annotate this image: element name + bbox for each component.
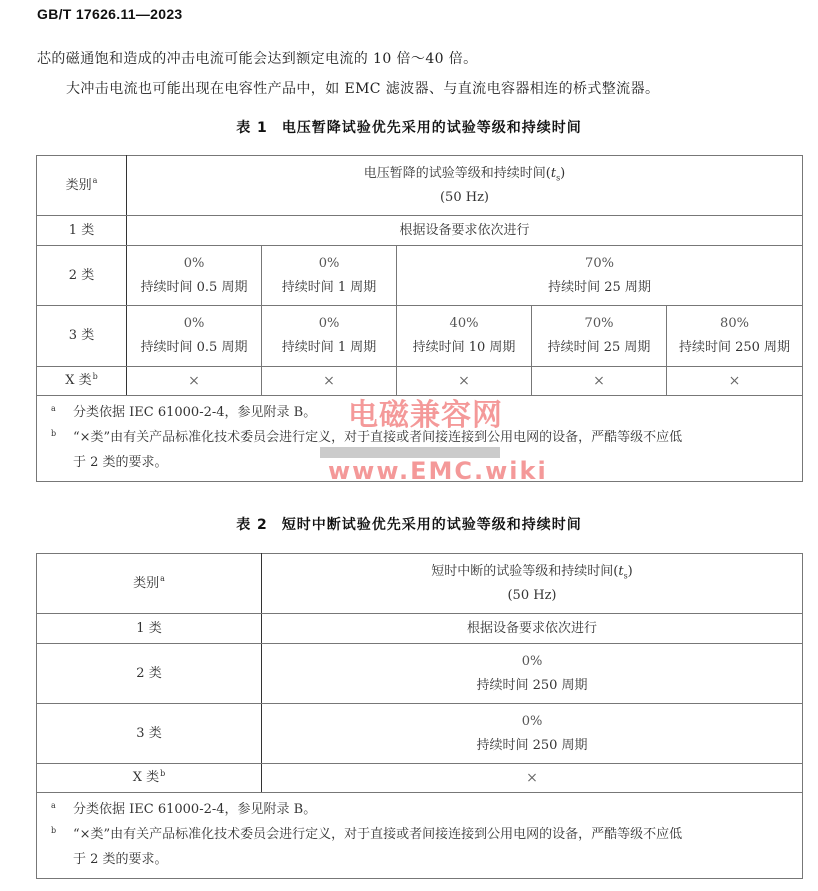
footnote-text: 分类依据 IEC 61000-2-4，参见附录 B。 [73, 405, 316, 420]
level-cell: 0%持续时间 0.5 周期 [127, 246, 262, 306]
table-row: 1 类 根据设备要求依次进行 [37, 614, 803, 644]
footnote-ref: b [93, 372, 98, 381]
footnote-mark: b [51, 421, 56, 446]
level-percent: 70% [532, 312, 666, 336]
level-percent: 0% [262, 252, 396, 276]
table-row: X 类b × × × × × [37, 367, 803, 396]
footnote-mark: b [51, 818, 56, 843]
level-duration: 持续时间 250 周期 [262, 674, 802, 698]
not-applicable-mark: × [397, 367, 532, 396]
table2-short-interruptions: 类别a 短时中断的试验等级和持续时间(ts) (50 Hz) 1 类 根据设备要… [36, 553, 803, 879]
standard-number: GB/T 17626.11—2023 [37, 6, 183, 22]
level-percent: 80% [667, 312, 802, 336]
level-duration: 持续时间 1 周期 [262, 276, 396, 300]
footnote-text: “×类”由有关产品标准化技术委员会进行定义，对于直接或者间接连接到公用电网的设备… [73, 827, 682, 842]
not-applicable-mark: × [262, 764, 803, 793]
row-category: X 类b [37, 764, 262, 793]
footnote-ref: a [160, 574, 165, 583]
level-cell: 0%持续时间 1 周期 [262, 306, 397, 367]
level-duration: 持续时间 10 周期 [397, 336, 531, 360]
footnote-a: a分类依据 IEC 61000-2-4，参见附录 B。 [73, 797, 792, 822]
header-frequency: (50 Hz) [127, 186, 802, 210]
header-category-label: 类别 [66, 178, 92, 193]
table2-header-levels: 短时中断的试验等级和持续时间(ts) (50 Hz) [262, 554, 803, 614]
body-paragraph-2: 大冲击电流也可能出现在电容性产品中，如 EMC 滤波器、与直流电容器相连的桥式整… [66, 78, 659, 98]
row-category: 2 类 [37, 246, 127, 306]
level-cell: 0%持续时间 250 周期 [262, 644, 803, 704]
level-cell: 0%持续时间 1 周期 [262, 246, 397, 306]
not-applicable-mark: × [262, 367, 397, 396]
level-percent: 0% [262, 650, 802, 674]
row-category: 1 类 [37, 614, 262, 644]
header-category-label: 类别 [133, 576, 159, 591]
level-percent: 0% [262, 710, 802, 734]
footnote-b: b“×类”由有关产品标准化技术委员会进行定义，对于直接或者间接连接到公用电网的设… [73, 822, 792, 847]
table1-header-row: 类别a 电压暂降的试验等级和持续时间(ts) (50 Hz) [37, 156, 803, 216]
table-row: 3 类 0%持续时间 0.5 周期 0%持续时间 1 周期 40%持续时间 10… [37, 306, 803, 367]
table1-caption: 表 1电压暂降试验优先采用的试验等级和持续时间 [0, 117, 818, 137]
level-percent: 0% [127, 312, 261, 336]
watermark-cn: 电磁兼容网 [348, 400, 503, 432]
row-category: 3 类 [37, 704, 262, 764]
body-paragraph-1: 芯的磁通饱和造成的冲击电流可能会达到额定电流的 10 倍～40 倍。 [37, 48, 478, 68]
header-title-line: 短时中断的试验等级和持续时间(ts) [262, 560, 802, 584]
level-cell: 40%持续时间 10 周期 [397, 306, 532, 367]
level-duration: 持续时间 1 周期 [262, 336, 396, 360]
header-title-end: ) [628, 564, 633, 579]
table2-caption-number: 表 2 [236, 517, 268, 533]
table2-header-category: 类别a [37, 554, 262, 614]
table-row: 2 类 0%持续时间 250 周期 [37, 644, 803, 704]
level-percent: 70% [397, 252, 802, 276]
row-category: 2 类 [37, 644, 262, 704]
level-cell: 0%持续时间 0.5 周期 [127, 306, 262, 367]
table2-notes-row: a分类依据 IEC 61000-2-4，参见附录 B。 b“×类”由有关产品标准… [37, 793, 803, 879]
row-value: 根据设备要求依次进行 [262, 614, 803, 644]
header-title-end: ) [560, 166, 565, 181]
level-duration: 持续时间 250 周期 [262, 734, 802, 758]
level-cell: 80%持续时间 250 周期 [667, 306, 803, 367]
table1-caption-title: 电压暂降试验优先采用的试验等级和持续时间 [282, 120, 582, 136]
level-percent: 0% [127, 252, 261, 276]
level-cell: 70%持续时间 25 周期 [397, 246, 803, 306]
level-percent: 40% [397, 312, 531, 336]
level-cell: 70%持续时间 25 周期 [532, 306, 667, 367]
table-row: 3 类 0%持续时间 250 周期 [37, 704, 803, 764]
level-duration: 持续时间 25 周期 [532, 336, 666, 360]
table1-caption-number: 表 1 [236, 120, 268, 136]
level-duration: 持续时间 25 周期 [397, 276, 802, 300]
table2-notes: a分类依据 IEC 61000-2-4，参见附录 B。 b“×类”由有关产品标准… [37, 793, 803, 879]
footnote-text: 分类依据 IEC 61000-2-4，参见附录 B。 [73, 802, 316, 817]
not-applicable-mark: × [532, 367, 667, 396]
row-category: 1 类 [37, 216, 127, 246]
table-row: 2 类 0%持续时间 0.5 周期 0%持续时间 1 周期 70%持续时间 25… [37, 246, 803, 306]
table-row: 1 类 根据设备要求依次进行 [37, 216, 803, 246]
table1-header-levels: 电压暂降的试验等级和持续时间(ts) (50 Hz) [127, 156, 803, 216]
footnote-mark: a [51, 793, 56, 818]
row-category: X 类b [37, 367, 127, 396]
watermark-url: www.EMC.wiki [328, 458, 548, 484]
table1-header-category: 类别a [37, 156, 127, 216]
row-value: 根据设备要求依次进行 [127, 216, 803, 246]
level-duration: 持续时间 250 周期 [667, 336, 802, 360]
category-label: X 类 [133, 770, 159, 785]
footnote-continuation: 于 2 类的要求。 [73, 847, 792, 872]
not-applicable-mark: × [127, 367, 262, 396]
footnote-mark: a [51, 396, 56, 421]
header-title: 电压暂降的试验等级和持续时间( [364, 166, 551, 181]
footnote-ref: a [93, 176, 98, 185]
level-percent: 0% [262, 312, 396, 336]
header-frequency: (50 Hz) [262, 584, 802, 608]
row-category: 3 类 [37, 306, 127, 367]
category-label: X 类 [65, 373, 91, 388]
level-duration: 持续时间 0.5 周期 [127, 276, 261, 300]
not-applicable-mark: × [667, 367, 803, 396]
level-duration: 持续时间 0.5 周期 [127, 336, 261, 360]
footnote-ref: b [160, 769, 165, 778]
table2-caption-title: 短时中断试验优先采用的试验等级和持续时间 [282, 517, 582, 533]
table-row: X 类b × [37, 764, 803, 793]
table2-caption: 表 2短时中断试验优先采用的试验等级和持续时间 [0, 514, 818, 534]
header-title-line: 电压暂降的试验等级和持续时间(ts) [127, 162, 802, 186]
header-title: 短时中断的试验等级和持续时间( [431, 564, 618, 579]
table2-header-row: 类别a 短时中断的试验等级和持续时间(ts) (50 Hz) [37, 554, 803, 614]
level-cell: 0%持续时间 250 周期 [262, 704, 803, 764]
